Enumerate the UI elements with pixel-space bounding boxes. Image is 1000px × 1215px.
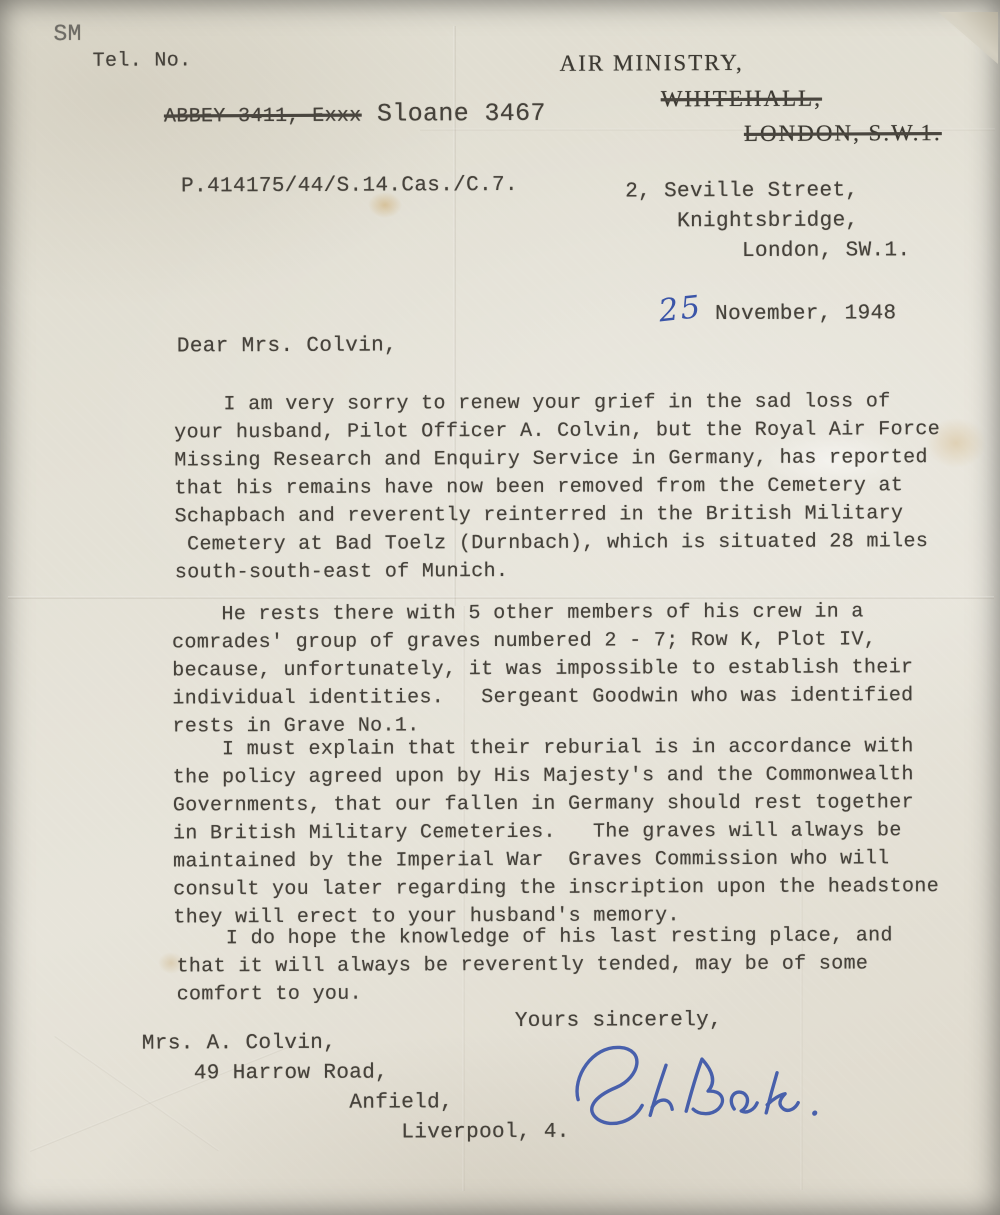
telephone-number: Sloane 3467 <box>362 99 546 129</box>
signature-ink <box>562 1037 822 1138</box>
recipient-address: Mrs. A. Colvin, 49 Harrow Road, Anfield,… <box>142 1028 570 1150</box>
letter-paper: SM Tel. No. ABBEY 3411, Exxx Sloane 3467… <box>0 0 1000 1215</box>
paragraph-4: I do hope the knowledge of his last rest… <box>176 922 981 1010</box>
paragraph-1: I am very sorry to renew your grief in t… <box>174 388 980 588</box>
letterhead-whitehall-struck: WHITEHALL, <box>661 85 822 114</box>
paragraph-2: He rests there with 5 other members of h… <box>172 598 978 742</box>
typist-initials: SM <box>53 20 81 48</box>
reference-number: P.414175/44/S.14.Cas./C.7. <box>181 172 518 201</box>
signature <box>562 1037 822 1143</box>
photo-of-letter: { "colors": { "paper": "#e4e1d6", "backg… <box>0 0 1000 1215</box>
date-line: 25 November, 1948 <box>587 266 897 357</box>
telephone-line: ABBEY 3411, Exxx Sloane 3467 <box>90 72 546 160</box>
telephone-exchange-struck: ABBEY 3411, Exxx <box>164 105 362 129</box>
letterhead-london-struck: LONDON, S.W.1. <box>744 119 942 148</box>
telephone-label: Tel. No. <box>93 47 192 75</box>
paragraph-3: I must explain that their reburial is in… <box>173 733 979 933</box>
handwritten-day: 25 <box>657 293 703 326</box>
typed-date: November, 1948 <box>702 302 896 326</box>
sender-address: 2, Seville Street, Knightsbridge, London… <box>625 176 910 267</box>
salutation: Dear Mrs. Colvin, <box>177 332 397 361</box>
letterhead-organisation: AIR MINISTRY, <box>560 49 744 78</box>
